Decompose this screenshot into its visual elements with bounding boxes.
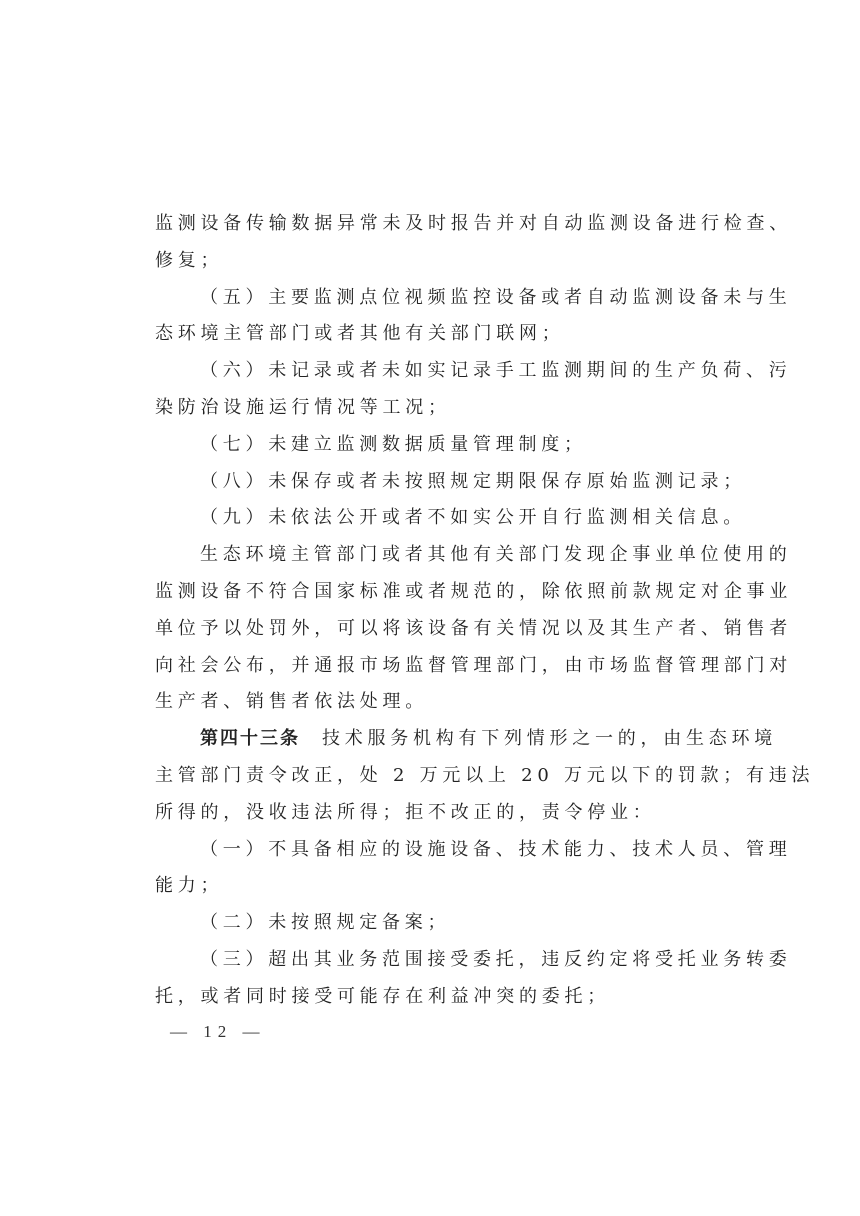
- text-line: 向社会公布，并通报市场监督管理部门，由市场监督管理部门对: [155, 648, 707, 685]
- text-line: 监测设备传输数据异常未及时报告并对自动监测设备进行检查、: [155, 206, 707, 243]
- article-43-first-line: 第四十三条技术服务机构有下列情形之一的，由生态环境: [155, 721, 707, 758]
- list-item-1: （一）不具备相应的设施设备、技术能力、技术人员、管理: [155, 832, 707, 869]
- list-item-3: （三）超出其业务范围接受委托，违反约定将受托业务转委: [155, 942, 707, 979]
- article-text: 技术服务机构有下列情形之一的，由生态环境: [322, 728, 777, 749]
- text-line: 托，或者同时接受可能存在利益冲突的委托；: [155, 979, 707, 1016]
- list-item-7: （七）未建立监测数据质量管理制度；: [155, 427, 707, 464]
- text-line: 生产者、销售者依法处理。: [155, 684, 707, 721]
- list-item-9: （九）未依法公开或者不如实公开自行监测相关信息。: [155, 500, 707, 537]
- text-line: 修复；: [155, 243, 707, 280]
- page-number: — 12 —: [170, 1022, 266, 1042]
- text-line: 所得的，没收违法所得；拒不改正的，责令停业：: [155, 795, 707, 832]
- text-line: 主管部门责令改正，处 2 万元以上 20 万元以下的罚款；有违法: [155, 758, 707, 795]
- text-line: 能力；: [155, 868, 707, 905]
- document-body: 监测设备传输数据异常未及时报告并对自动监测设备进行检查、 修复； （五）主要监测…: [155, 206, 707, 1016]
- list-item-5: （五）主要监测点位视频监控设备或者自动监测设备未与生: [155, 280, 707, 317]
- text-line: 染防治设施运行情况等工况；: [155, 390, 707, 427]
- list-item-2: （二）未按照规定备案；: [155, 905, 707, 942]
- text-line: 单位予以处罚外，可以将该设备有关情况以及其生产者、销售者: [155, 611, 707, 648]
- text-line: 监测设备不符合国家标准或者规范的，除依照前款规定对企事业: [155, 574, 707, 611]
- list-item-8: （八）未保存或者未按照规定期限保存原始监测记录；: [155, 464, 707, 501]
- text-line: 态环境主管部门或者其他有关部门联网；: [155, 316, 707, 353]
- article-heading: 第四十三条: [200, 728, 300, 749]
- paragraph-start: 生态环境主管部门或者其他有关部门发现企事业单位使用的: [155, 537, 707, 574]
- list-item-6: （六）未记录或者未如实记录手工监测期间的生产负荷、污: [155, 353, 707, 390]
